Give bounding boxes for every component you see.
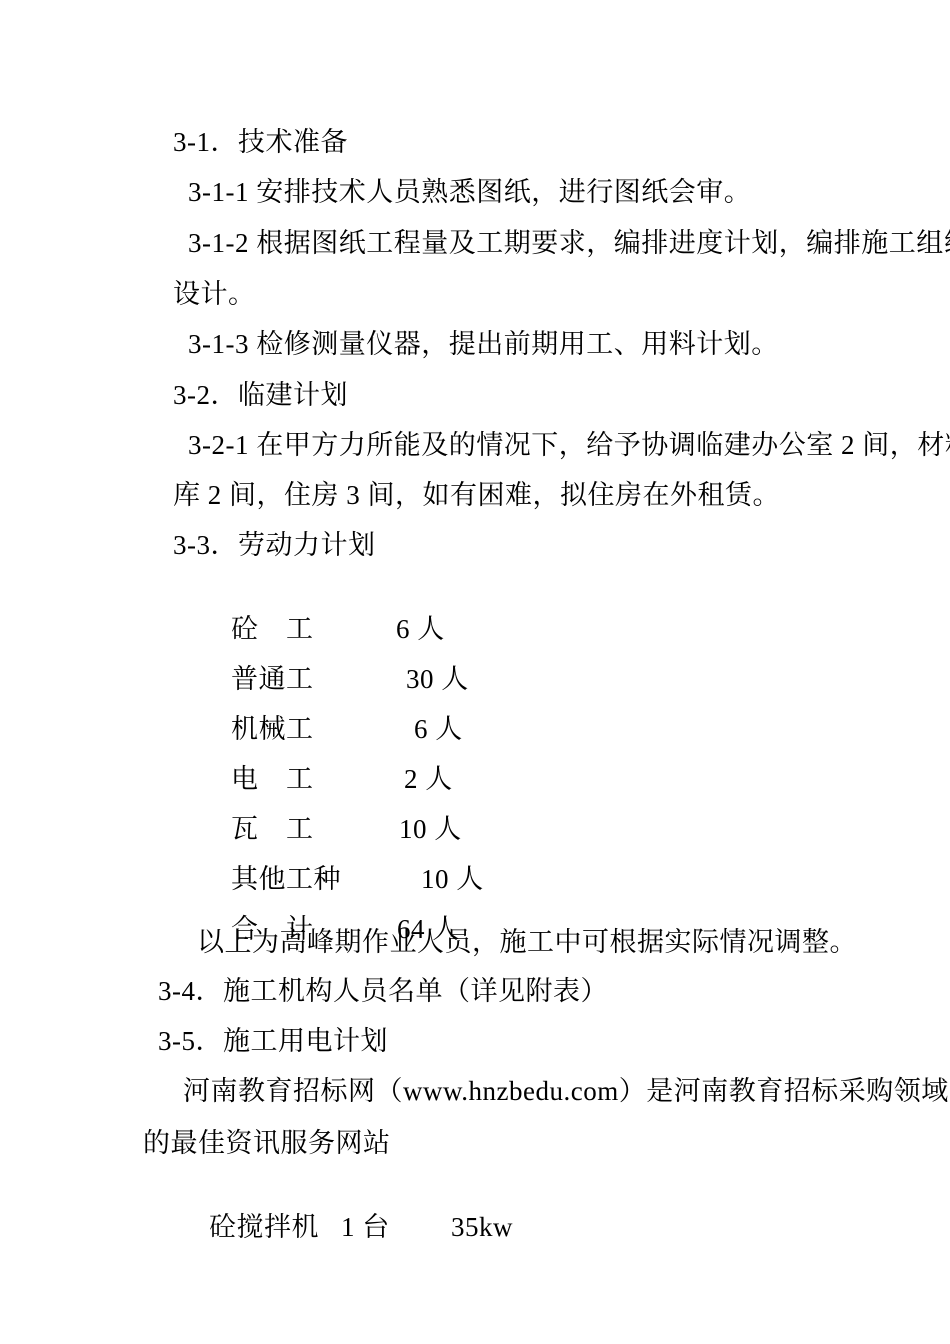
item-3-1-2-line1: 3-1-2 根据图纸工程量及工期要求，编排进度计划，编排施工组织 [188, 226, 950, 260]
sec-3-1-heading: 3-1．技术准备 [173, 125, 348, 159]
labor-note: 以上为高峰期作业人员，施工中可根据实际情况调整。 [197, 925, 857, 959]
item-3-1-2-line2: 设计。 [173, 277, 256, 311]
sec-3-5-heading: 3-5．施工用电计划 [158, 1024, 388, 1058]
equipment-qty: 1 台 [341, 1210, 451, 1244]
item-3-2-1-line2: 库 2 间，住房 3 间，如有困难，拟住房在外租赁。 [173, 478, 780, 512]
item-3-1-3: 3-1-3 检修测量仪器，提出前期用工、用料计划。 [188, 327, 779, 361]
item-3-1-1: 3-1-1 安排技术人员熟悉图纸，进行图纸会审。 [188, 175, 751, 209]
sec-3-2-heading: 3-2．临建计划 [173, 378, 348, 412]
sec-3-3-heading: 3-3．劳动力计划 [173, 528, 376, 562]
sec-3-4-heading: 3-4．施工机构人员名单（详见附表） [158, 974, 608, 1008]
equipment-row: 砼搅拌机1 台35kw [180, 1176, 513, 1278]
equipment-power: 35kw [451, 1212, 513, 1242]
promo-text-line1: 河南教育招标网（www.hnzbedu.com）是河南教育招标采购领域 [183, 1074, 949, 1108]
promo-text-line2: 的最佳资讯服务网站 [143, 1126, 391, 1160]
document-page: 3-1．技术准备 3-1-1 安排技术人员熟悉图纸，进行图纸会审。 3-1-2 … [0, 0, 950, 1344]
equipment-name: 砼搅拌机 [209, 1210, 341, 1244]
item-3-2-1-line1: 3-2-1 在甲方力所能及的情况下，给予协调临建办公室 2 间，材料 [188, 428, 950, 462]
